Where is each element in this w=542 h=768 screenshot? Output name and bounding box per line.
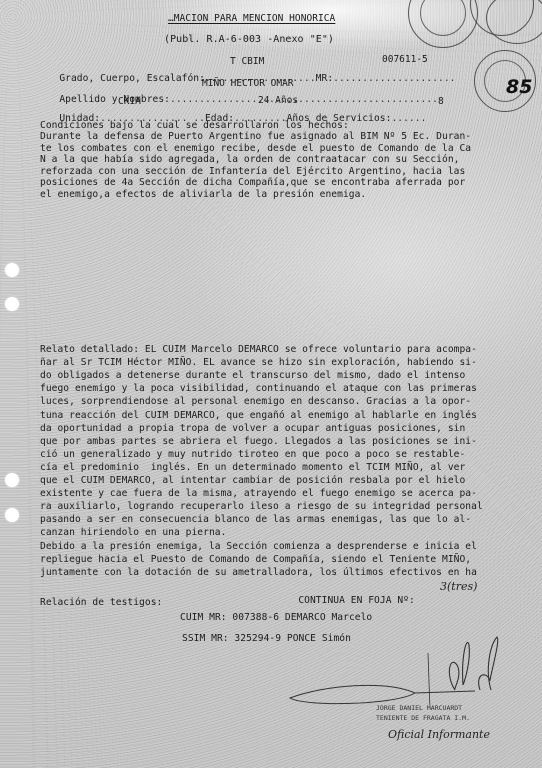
- signatory-role: Oficial Informante: [388, 728, 490, 741]
- publication-reference: (Publ. R.A-6-003 -Anexo "E"): [164, 34, 334, 45]
- mr-value: 007611-5: [382, 54, 428, 65]
- text-line: Debido a la presión enemiga, la Sección …: [40, 541, 477, 552]
- text-line: juntamente con la dotación de su ametral…: [40, 567, 477, 578]
- text-line: Relato detallado: EL CUIM Marcelo DEMARC…: [40, 344, 477, 355]
- text-line: canzan hiriendolo en una pierna.: [40, 527, 226, 538]
- text-line: do obligados a detenerse durante el tran…: [40, 370, 465, 381]
- folio-number: 85: [506, 76, 532, 98]
- text-line: ció un generalizado y muy nutrido tirote…: [40, 449, 465, 460]
- signatory-rank: TENIENTE DE FRAGATA I.M.: [376, 714, 470, 722]
- witness-item: CUIM MR: 007388-6 DEMARCO Marcelo: [180, 612, 372, 623]
- text-line: el enemigo,a efectos de aliviarla de la …: [40, 189, 366, 200]
- text-line: N a la que había sido agregada, la orden…: [40, 154, 459, 165]
- text-line: fuego enemigo y la poca visibilidad, con…: [40, 383, 477, 394]
- text-line: ñar al Sr TCIM Héctor MIÑO. EL avance se…: [40, 357, 477, 368]
- signatory-name: JORGE DANIEL MARCUARDT: [376, 704, 462, 712]
- continuation-page: 3(tres): [440, 580, 477, 593]
- text-line: tuna reacción del CUIM DEMARCO, que enga…: [40, 410, 477, 421]
- grado-value: T CBIM: [230, 56, 264, 67]
- apellido-value: MIÑO HECTOR OMAR: [202, 78, 294, 89]
- text-line: que por ambas partes se abriera el fuego…: [40, 436, 477, 447]
- text-line: que el CUIM DEMARCO, al intentar cambiar…: [40, 475, 465, 486]
- text-line: da oportunidad a propia tropa de volver …: [40, 423, 465, 434]
- text-line: cía el predominio inglés. En un determin…: [40, 462, 465, 473]
- text-line: repliegue hacia el Puesto de Comando de …: [40, 554, 471, 565]
- text-line: reforzada con una sección de Infantería …: [40, 166, 465, 177]
- text-line: luces, sorprendiendose al personal enemi…: [40, 396, 471, 407]
- document-page: 85 …MACION PARA MENCION HONORICA (Publ. …: [0, 0, 542, 768]
- servicios-value: 8: [438, 96, 444, 107]
- dotted-leader: ......: [391, 113, 426, 124]
- punch-hole: [5, 297, 19, 311]
- unidad-value: CKIA: [118, 96, 141, 107]
- punch-hole: [5, 263, 19, 277]
- witnesses-heading: Relación de testigos:: [40, 597, 162, 608]
- text-line: te los combates con el enemigo recibe, d…: [40, 143, 471, 154]
- punch-hole: [5, 473, 19, 487]
- text-line: existente y cae fuera de la misma, atray…: [40, 488, 477, 499]
- circular-stamp-icon: [486, 0, 542, 44]
- punch-hole: [5, 508, 19, 522]
- document-title: …MACION PARA MENCION HONORICA: [168, 13, 335, 24]
- signature-icon: [285, 635, 505, 705]
- conditions-heading: Condiciones bajo la cual se desarrollaro…: [40, 120, 349, 131]
- edad-value: 24 Años: [258, 95, 298, 106]
- continuation-label: CONTINUA EN FOJA Nº:: [298, 595, 415, 606]
- text-line: posiciones de 4a Sección de dicha Compañ…: [40, 177, 465, 188]
- text-line: pasando a ser en consecuencia blanco de …: [40, 514, 471, 525]
- text-line: ra auxiliarlo, logrando recuperarlo iles…: [40, 501, 483, 512]
- text-line: Durante la defensa de Puerto Argentino f…: [40, 131, 471, 142]
